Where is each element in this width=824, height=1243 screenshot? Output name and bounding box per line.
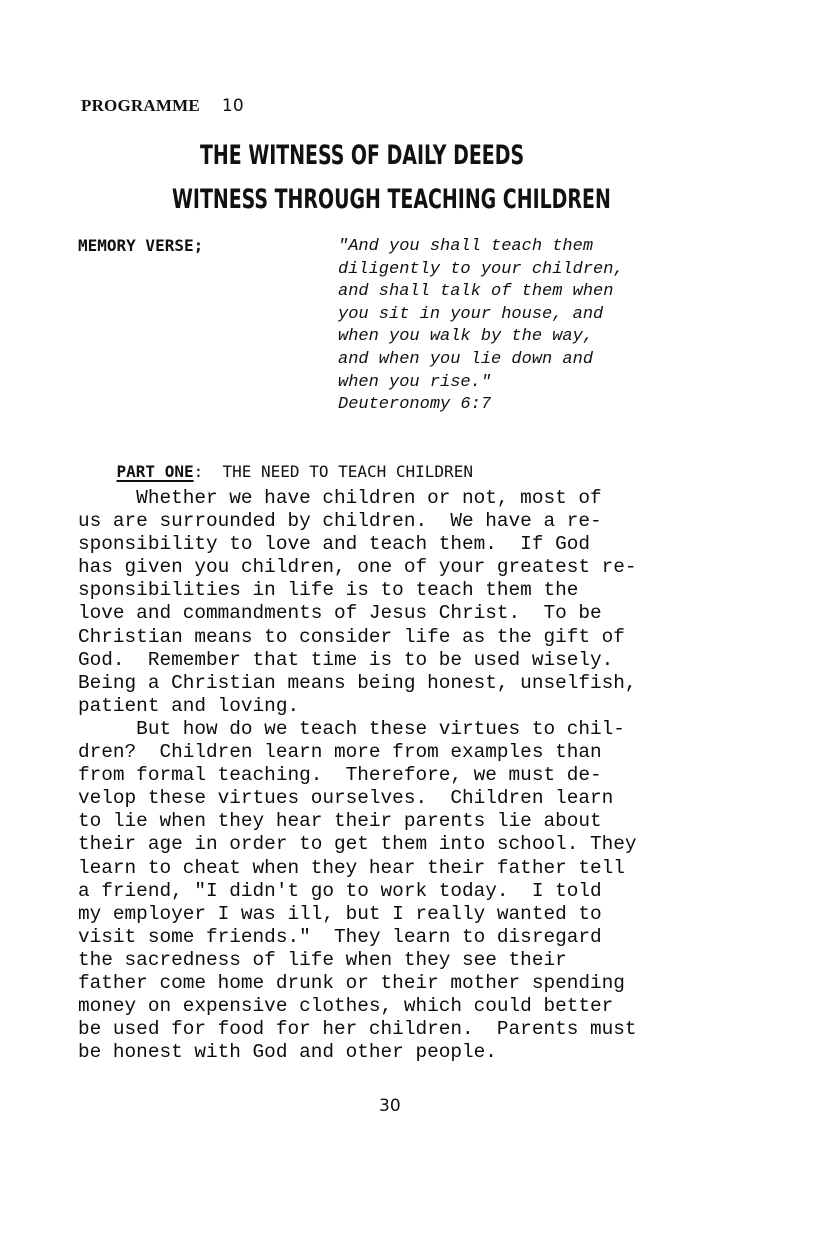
body-text: Whether we have children or not, most of… — [78, 487, 758, 1064]
body-line: a friend, "I didn't go to work today. I … — [78, 880, 758, 903]
body-line: patient and loving. — [78, 695, 758, 718]
verse-line: diligently to your children, — [338, 259, 624, 282]
verse-line: when you walk by the way, — [338, 326, 624, 349]
body-line: father come home drunk or their mother s… — [78, 972, 758, 995]
body-line: Christian means to consider life as the … — [78, 626, 758, 649]
page-number: 30 — [379, 1096, 401, 1116]
body-line: velop these virtues ourselves. Children … — [78, 787, 758, 810]
verse-line: you sit in your house, and — [338, 304, 624, 327]
programme-label: PROGRAMME — [81, 96, 200, 115]
part-one-separator: : — [194, 462, 204, 481]
body-line: from formal teaching. Therefore, we must… — [78, 764, 758, 787]
body-line: money on expensive clothes, which could … — [78, 995, 758, 1018]
verse-line: and when you lie down and — [338, 349, 624, 372]
body-line: dren? Children learn more from examples … — [78, 741, 758, 764]
part-one-title: THE NEED TO TEACH CHILDREN — [223, 462, 473, 481]
body-line: Whether we have children or not, most of — [78, 487, 758, 510]
body-line: be used for food for her children. Paren… — [78, 1018, 758, 1041]
body-line: love and commandments of Jesus Christ. T… — [78, 602, 758, 625]
memory-verse-text: "And you shall teach themdiligently to y… — [338, 236, 624, 417]
document-page: PROGRAMME10 THE WITNESS OF DAILY DEEDS W… — [0, 0, 824, 1243]
body-line: us are surrounded by children. We have a… — [78, 510, 758, 533]
sub-title: WITNESS THROUGH TEACHING CHILDREN — [172, 184, 815, 215]
body-line: God. Remember that time is to be used wi… — [78, 649, 758, 672]
main-title: THE WITNESS OF DAILY DEEDS — [200, 140, 824, 171]
verse-line: "And you shall teach them — [338, 236, 624, 259]
body-line: the sacredness of life when they see the… — [78, 949, 758, 972]
part-one-label: PART ONE — [117, 462, 194, 481]
programme-header: PROGRAMME10 — [81, 96, 244, 116]
body-line: sponsibilities in life is to teach them … — [78, 579, 758, 602]
programme-number: 10 — [222, 96, 244, 116]
body-line: visit some friends." They learn to disre… — [78, 926, 758, 949]
body-line: their age in order to get them into scho… — [78, 833, 758, 856]
verse-line: and shall talk of them when — [338, 281, 624, 304]
body-line: learn to cheat when they hear their fath… — [78, 857, 758, 880]
memory-verse-label: MEMORY VERSE; — [78, 236, 203, 255]
body-line: sponsibility to love and teach them. If … — [78, 533, 758, 556]
body-line: has given you children, one of your grea… — [78, 556, 758, 579]
body-line: But how do we teach these virtues to chi… — [78, 718, 758, 741]
verse-line: when you rise." — [338, 372, 624, 395]
verse-line: Deuteronomy 6:7 — [338, 394, 624, 417]
body-line: to lie when they hear their parents lie … — [78, 810, 758, 833]
body-line: my employer I was ill, but I really want… — [78, 903, 758, 926]
body-line: Being a Christian means being honest, un… — [78, 672, 758, 695]
body-line: be honest with God and other people. — [78, 1041, 758, 1064]
